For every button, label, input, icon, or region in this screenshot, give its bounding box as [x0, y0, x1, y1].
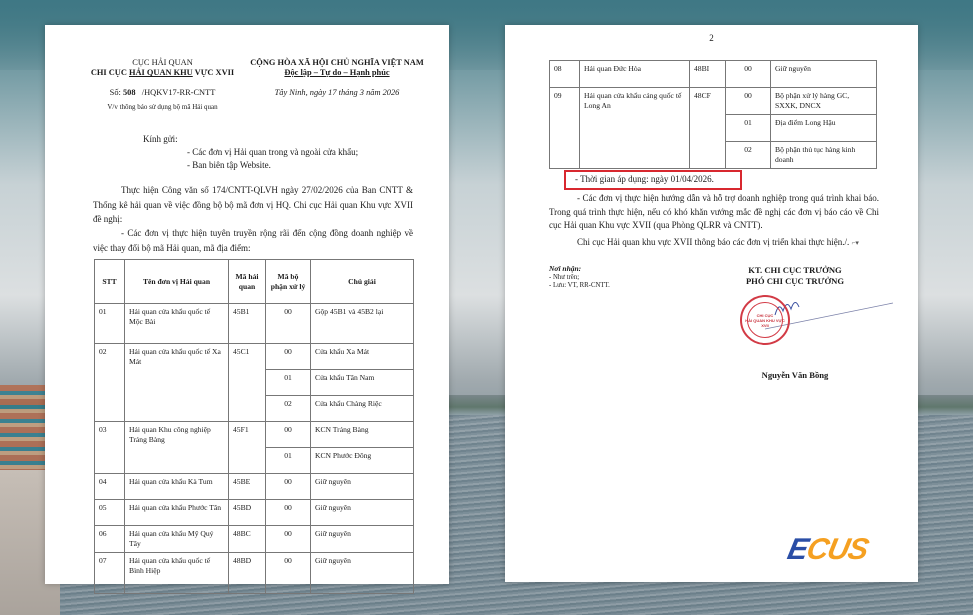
closing-text: Chi cục Hải quan khu vực XVII thông báo … — [577, 237, 849, 247]
cell-unit-name: Hải quan Khu công nghiệp Trảng Bàng — [125, 422, 229, 474]
document-number: Số: 508 /HQKV17-RR-CNTT — [75, 88, 250, 97]
document-subject: V/v thông báo sử dụng bộ mã Hải quan — [75, 103, 250, 111]
cell-note: Giữ nguyên — [311, 500, 414, 526]
cell-unit-name: Hải quan cửa khẩu cảng quốc tế Long An — [580, 88, 690, 169]
cell-customs-code: 45F1 — [229, 422, 266, 474]
cell-dept-code: 00 — [726, 61, 771, 88]
header-customs-code: Mã hải quan — [229, 260, 266, 304]
cell-dept-code: 01 — [266, 370, 311, 396]
cell-dept-code: 00 — [266, 304, 311, 344]
cell-customs-code: 48BI — [690, 61, 726, 88]
header-stt: STT — [95, 260, 125, 304]
cell-unit-name: Hải quan cửa khẩu quốc tế Mộc Bài — [125, 304, 229, 344]
nation-name: CỘNG HÒA XÃ HỘI CHỦ NGHĨA VIỆT NAM — [237, 58, 437, 68]
stamp-line-1: CHI CỤC — [757, 313, 774, 318]
motto: Độc lập – Tự do – Hạnh phúc — [237, 68, 437, 78]
doc-no-label: Số: — [110, 88, 123, 97]
cell-stt: 09 — [550, 88, 580, 169]
sub-agency-underlined: HẢI QUAN KHU — [129, 68, 193, 77]
cell-dept-code: 00 — [726, 88, 771, 115]
stamp-line-3: XVII — [761, 323, 769, 328]
paragraph-support: - Các đơn vị thực hiện hướng dẫn và hỗ t… — [549, 192, 879, 233]
paragraph-closing: Chi cục Hải quan khu vực XVII thông báo … — [549, 236, 879, 251]
cell-dept-code: 01 — [266, 448, 311, 474]
table-row: 06Hải quan cửa khẩu Mỹ Quý Tây48BC00Giữ … — [95, 526, 414, 553]
cell-unit-name: Hải quan cửa khẩu Phước Tân — [125, 500, 229, 526]
official-stamp-icon: CHI CỤC HẢI QUAN KHU VỰC XVII — [740, 295, 790, 345]
cell-note: Giữ nguyên — [311, 474, 414, 500]
cell-dept-code: 00 — [266, 526, 311, 553]
cell-note: Gộp 45B1 và 45B2 lại — [311, 304, 414, 344]
table-row: 08Hải quan Đức Hòa48BI00Giữ nguyên — [550, 61, 877, 88]
cell-note: Bộ phận thủ tục hàng kinh doanh — [771, 142, 877, 169]
table-row: 04Hải quan cửa khẩu Kà Tum45BE00Giữ nguy… — [95, 474, 414, 500]
cell-note: KCN Phước Đông — [311, 448, 414, 474]
cell-note: Giữ nguyên — [311, 553, 414, 593]
cell-customs-code: 45BE — [229, 474, 266, 500]
recipient-1: - Như trên; — [549, 274, 610, 283]
table-row: 03Hải quan Khu công nghiệp Trảng Bàng45F… — [95, 422, 414, 448]
sub-agency-suffix: VỰC XVII — [193, 68, 234, 77]
table-row: 09Hải quan cửa khẩu cảng quốc tế Long An… — [550, 88, 877, 115]
document-page-2: 2 08Hải quan Đức Hòa48BI00Giữ nguyên09Hả… — [505, 25, 918, 582]
cell-dept-code: 00 — [266, 500, 311, 526]
cell-unit-name: Hải quan cửa khẩu Mỹ Quý Tây — [125, 526, 229, 553]
cell-stt: 08 — [550, 61, 580, 88]
sub-agency-name: CHI CỤC HẢI QUAN KHU VỰC XVII — [75, 68, 250, 78]
cell-unit-name: Hải quan cửa khẩu quốc tế Bình Hiệp — [125, 553, 229, 593]
cell-note: Giữ nguyên — [311, 526, 414, 553]
cell-note: Cửa khẩu Xa Mát — [311, 344, 414, 370]
recipients-label: Nơi nhận: — [549, 265, 610, 274]
recipient-1: - Các đơn vị Hải quan trong và ngoài cửa… — [187, 147, 358, 157]
cell-dept-code: 00 — [266, 474, 311, 500]
cell-unit-name: Hải quan cửa khẩu quốc tế Xa Mát — [125, 344, 229, 422]
doc-no-value: 508 — [123, 88, 136, 97]
cell-dept-code: 00 — [266, 553, 311, 593]
stamp-line-2: HẢI QUAN KHU VỰC — [745, 318, 785, 323]
sign-title-2: PHÓ CHI CỤC TRƯỞNG — [710, 276, 880, 287]
cell-note: Cửa khẩu Chàng Riệc — [311, 396, 414, 422]
signature-title: KT. CHI CỤC TRƯỞNG PHÓ CHI CỤC TRƯỞNG — [710, 265, 880, 287]
header-nation: CỘNG HÒA XÃ HỘI CHỦ NGHĨA VIỆT NAM Độc l… — [237, 58, 437, 78]
cell-stt: 04 — [95, 474, 125, 500]
table-row: 07Hải quan cửa khẩu quốc tế Bình Hiệp48B… — [95, 553, 414, 593]
cell-dept-code: 02 — [266, 396, 311, 422]
cell-unit-name: Hải quan cửa khẩu Kà Tum — [125, 474, 229, 500]
recipients-block: Nơi nhận: - Như trên; - Lưu: VT, RR-CNTT… — [549, 265, 610, 291]
cell-stt: 06 — [95, 526, 125, 553]
signer-name: Nguyễn Văn Bồng — [710, 370, 880, 380]
effective-date: - Thời gian áp dụng: ngày 01/04/2026. — [575, 174, 714, 184]
sub-agency-prefix: CHI CỤC — [91, 68, 129, 77]
paragraph-request: - Các đơn vị thực hiện tuyên truyền rộng… — [93, 226, 413, 255]
cell-customs-code: 45B1 — [229, 304, 266, 344]
customs-code-table: STT Tên đơn vị Hải quan Mã hải quan Mã b… — [94, 259, 414, 594]
table-header-row: STT Tên đơn vị Hải quan Mã hải quan Mã b… — [95, 260, 414, 304]
cell-stt: 05 — [95, 500, 125, 526]
table-row: 01Hải quan cửa khẩu quốc tế Mộc Bài45B10… — [95, 304, 414, 344]
cell-stt: 02 — [95, 344, 125, 422]
cell-stt: 03 — [95, 422, 125, 474]
table-row: 05Hải quan cửa khẩu Phước Tân45BD00Giữ n… — [95, 500, 414, 526]
doc-no-suffix: /HQKV17-RR-CNTT — [136, 88, 216, 97]
page-number: 2 — [505, 33, 918, 43]
cell-note: Giữ nguyên — [771, 61, 877, 88]
cell-dept-code: 00 — [266, 422, 311, 448]
logo-letters-cus: CUS — [804, 533, 871, 566]
cell-dept-code: 01 — [726, 115, 771, 142]
cell-note: KCN Trảng Bàng — [311, 422, 414, 448]
recipient-2: - Ban biên tập Website. — [187, 160, 271, 170]
date-line: Tây Ninh, ngày 17 tháng 3 năm 2026 — [237, 88, 437, 97]
document-page-1: CỤC HẢI QUAN CHI CỤC HẢI QUAN KHU VỰC XV… — [45, 25, 449, 584]
cell-note: Cửa khẩu Tân Nam — [311, 370, 414, 396]
cell-stt: 01 — [95, 304, 125, 344]
ecus-logo: ECUS — [784, 533, 871, 567]
cell-customs-code: 48BD — [229, 553, 266, 593]
cell-customs-code: 45BD — [229, 500, 266, 526]
cell-note: Bộ phận xử lý hàng GC, SXXK, DNCX — [771, 88, 877, 115]
cell-customs-code: 48CF — [690, 88, 726, 169]
agency-name: CỤC HẢI QUAN — [75, 58, 250, 68]
cell-dept-code: 02 — [726, 142, 771, 169]
recipient-2: - Lưu: VT, RR-CNTT. — [549, 282, 610, 291]
header-agency: CỤC HẢI QUAN CHI CỤC HẢI QUAN KHU VỰC XV… — [75, 58, 250, 78]
paragraph-intro: Thực hiện Công văn số 174/CNTT-QLVH ngày… — [93, 183, 413, 227]
cell-unit-name: Hải quan Đức Hòa — [580, 61, 690, 88]
header-dept-code: Mã bộ phận xử lý — [266, 260, 311, 304]
sign-title-1: KT. CHI CỤC TRƯỞNG — [710, 265, 880, 276]
cell-dept-code: 00 — [266, 344, 311, 370]
cell-note: Địa điểm Long Hậu — [771, 115, 877, 142]
salutation: Kính gửi: — [143, 134, 178, 144]
header-note: Chú giải — [311, 260, 414, 304]
cell-customs-code: 48BC — [229, 526, 266, 553]
table-row: 02Hải quan cửa khẩu quốc tế Xa Mát45C100… — [95, 344, 414, 370]
header-unit-name: Tên đơn vị Hải quan — [125, 260, 229, 304]
mark-icon: ⌐▾ — [851, 239, 858, 247]
cell-stt: 07 — [95, 553, 125, 593]
customs-code-table-continued: 08Hải quan Đức Hòa48BI00Giữ nguyên09Hải … — [549, 60, 877, 169]
cell-customs-code: 45C1 — [229, 344, 266, 422]
